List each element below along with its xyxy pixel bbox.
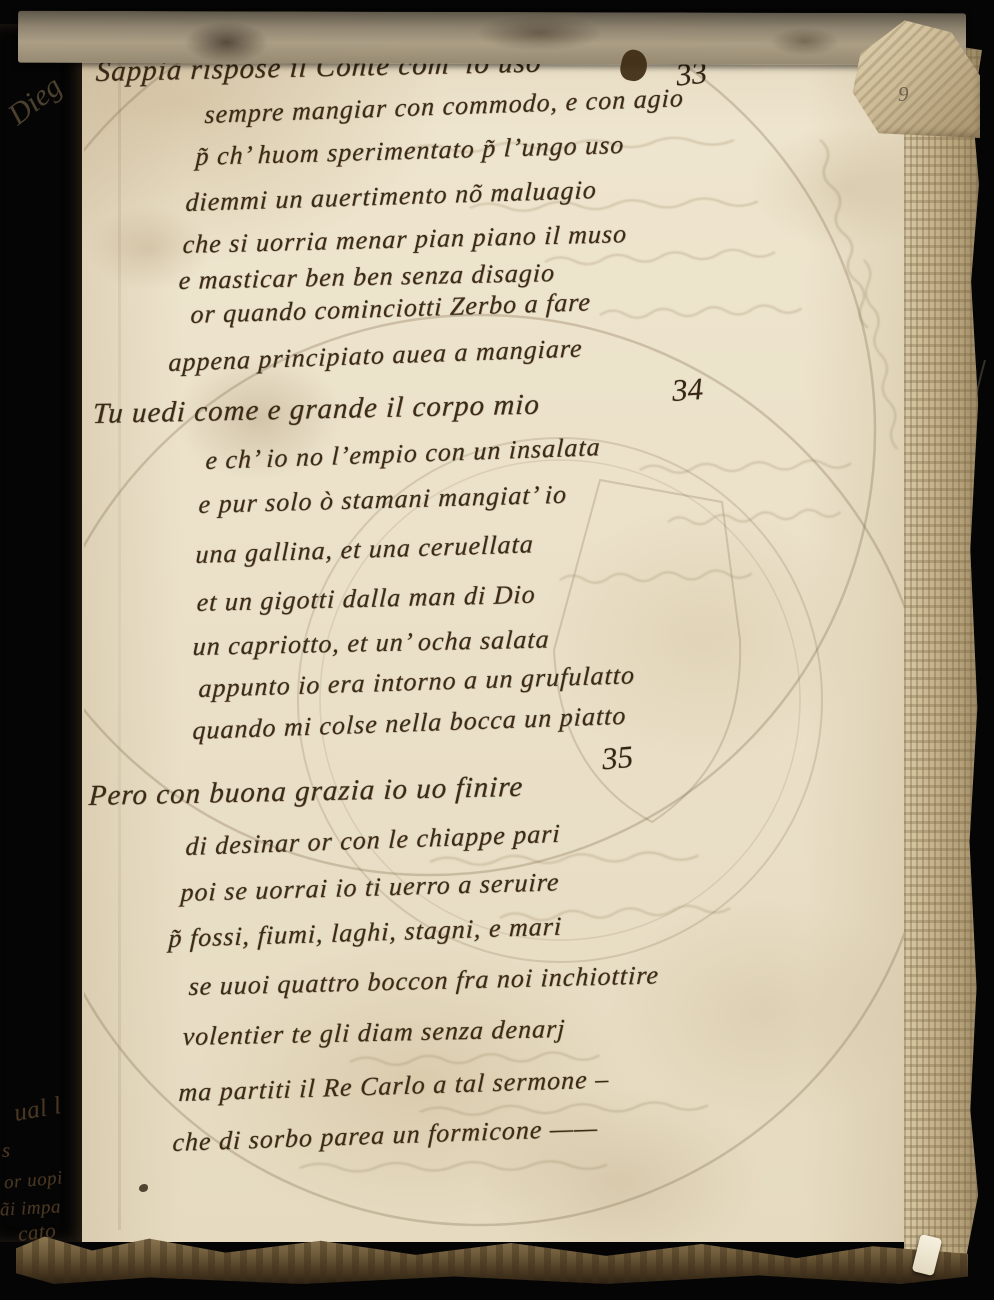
- manuscript-photo: Dieg ual l s or uopi ãi impa cato: [0, 0, 994, 1300]
- binding-strip: [18, 11, 966, 65]
- verse-line: e pur solo ò stamani mangiat’ io: [198, 480, 568, 520]
- stanza-number: 34: [671, 371, 704, 409]
- folio-number: 9: [898, 82, 909, 107]
- verse-line: un capriotto, et un’ ocha salata: [192, 624, 550, 662]
- verse-line: p̃ ch’ huom sperimentato p̃ l’ungo uso: [195, 130, 625, 172]
- verse-line: appena principiato auea a mangiare: [168, 333, 583, 378]
- verse-line: volentier te gli diam senza denarj: [182, 1014, 566, 1052]
- verse-line: quando mi colse nella bocca un piatto: [192, 701, 627, 746]
- stanza-number: 35: [600, 739, 634, 778]
- verse-line: Tu uedi come e grande il corpo mio: [92, 389, 541, 431]
- verse-line: Pero con buona grazia io uo finire: [88, 771, 524, 813]
- verse-line: che si uorria menar pian piano il muso: [182, 219, 628, 260]
- verse-line: una gallina, et una ceruellata: [195, 529, 534, 570]
- verse-line: sempre mangiar con commodo, e con agio: [204, 83, 684, 130]
- verse-line: che di sorbo parea un formicone ——: [172, 1113, 599, 1158]
- verse-line: diemmi un auertimento nõ maluagio: [185, 175, 597, 218]
- manuscript-text-layer: 33Sappia rispose il Conte com’ io usosem…: [0, 0, 994, 1300]
- verse-line: appunto io era intorno a un grufulatto: [198, 660, 636, 704]
- verse-line: e ch’ io no l’empio con un insalata: [205, 432, 601, 476]
- verse-line: ma partiti il Re Carlo a tal sermone –: [178, 1064, 610, 1108]
- verse-line: poi se uorrai io ti uerro a seruire: [180, 867, 560, 908]
- verse-line: di desinar or con le chiappe pari: [185, 819, 561, 862]
- verse-line: se uuoi quattro boccon fra noi inchiotti…: [188, 960, 660, 1002]
- verse-line: p̃ fossi, fiumi, laghi, stagni, e mari: [168, 912, 563, 954]
- verse-line: et un gigotti dalla man di Dio: [196, 580, 536, 618]
